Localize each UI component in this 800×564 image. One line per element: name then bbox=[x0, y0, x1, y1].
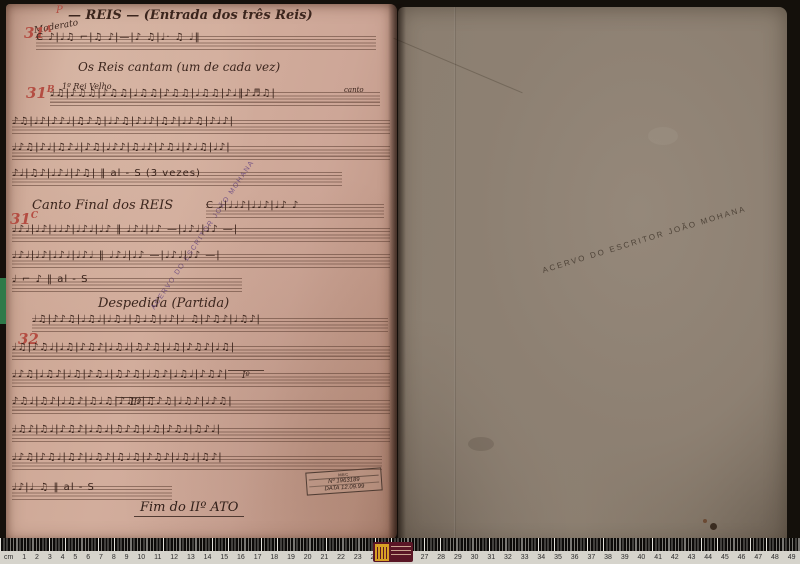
staff-system: ♩♪♩|♩♪|♩♩♪|♩♪♩|♩♪ ‖ ♩♪♩|♩♪ —|♩♪♩|♩♪ —| bbox=[12, 228, 390, 242]
ruler-number: 4 bbox=[61, 554, 65, 561]
ruler-number: 1 bbox=[22, 554, 26, 561]
ruler-number: 38 bbox=[604, 554, 612, 561]
ruler-number: 32 bbox=[504, 554, 512, 561]
staff-system: ♪♫|♩♪|♪♪♩|♫♪♫|♩♪♫|♪♩♪|♫♪|♩♪♫|♪♩♪| bbox=[12, 120, 390, 134]
ruler-number: 49 bbox=[788, 554, 796, 561]
ruler-number: 14 bbox=[204, 554, 212, 561]
music-notation: ♩♪|♩ ♫ ‖ al - S bbox=[12, 482, 172, 493]
ruler-number: 20 bbox=[304, 554, 312, 561]
section-mark: P bbox=[56, 5, 63, 16]
acervo-stamp-right: ACERVO DO ESCRITOR JOÃO MOHANA bbox=[541, 204, 747, 275]
ruler-number: 21 bbox=[320, 554, 328, 561]
staff-system: ♩♪♩|♩♪|♩♪♩|♩♪♩ ‖ ♩♪♩|♩♪ —|♩♪♩|♩♪ —| bbox=[12, 254, 390, 268]
fold-crease-vertical bbox=[454, 7, 456, 547]
staff-system: ♩ ⌐ ♪ ‖ al - S bbox=[12, 278, 242, 292]
book-spine-shadow bbox=[388, 4, 406, 544]
ruler-number: 46 bbox=[738, 554, 746, 561]
music-notation: ♪♩|♫♪|♩♪♩|♪♫| ‖ al - S (3 vezes) bbox=[12, 168, 342, 179]
staff-system: ♪♫♩|♫♪|♩♫♪|♫♩♫|♪♫♩|♫♪♫|♩♫♪|♩♪♫| bbox=[12, 400, 390, 414]
ruler-number: 33 bbox=[521, 554, 529, 561]
ruler-number: 11 bbox=[154, 554, 161, 561]
music-notation: ♩♪♫|♪♫♩|♫♪|♩♫♪|♫♩♫|♪♫♪|♩♫♩|♫♪| bbox=[12, 452, 382, 463]
music-notation: ♩♫|♪♪♫|♩♫♩|♩♫♩|♫♩♫|♩♪|♩ ♫|♪♫♪|♩♫♪| bbox=[32, 314, 388, 325]
manuscript-page: P — REIS — (Entrada dos três Reis) Moder… bbox=[6, 4, 397, 541]
ruler-number: 27 bbox=[421, 554, 429, 561]
staff-system: C ♩|♩♩♪|♩♩♪|♩♪ ♪ bbox=[206, 204, 384, 218]
ruler-number: 39 bbox=[621, 554, 629, 561]
music-notation: ♩♪♫|♩♫♪|♩♫|♪♫♩|♫♪♫|♩♫♪|♩♫♩|♪♫♪| bbox=[12, 369, 390, 380]
music-notation: C ♪|♩♫ ⌐|♫ ♪|—|♪ ♫|♩· ♫ ♩‖ bbox=[36, 32, 376, 43]
cardboard-back-cover: ACERVO DO ESCRITOR JOÃO MOHANA bbox=[398, 7, 787, 547]
staff-system: ♩♫|♪♫♩|♩♫|♪♫♪|♩♫♩|♫♪♫|♩♫|♪♫♪|♩♫| bbox=[12, 346, 390, 360]
scanned-document: P — REIS — (Entrada dos três Reis) Moder… bbox=[0, 0, 800, 564]
ruler-number: 2 bbox=[35, 554, 39, 561]
staff-system: ♩♪|♩ ♫ ‖ al - S bbox=[12, 486, 172, 500]
music-notation: ♩♫|♪♫♩|♩♫|♪♫♪|♩♫♩|♫♪♫|♩♫|♪♫♪|♩♫| bbox=[12, 342, 390, 353]
stain-spot bbox=[648, 127, 678, 145]
ruler-number: 7 bbox=[99, 554, 103, 561]
ruler-number: 23 bbox=[354, 554, 362, 561]
measurement-ruler: cm12345678910111213141516171819202122232… bbox=[0, 538, 800, 564]
music-notation: ♩ ⌐ ♪ ‖ al - S bbox=[12, 274, 242, 285]
ruler-number: 29 bbox=[454, 554, 462, 561]
staff-system: ♩♫|♪♫♫|♪♫♫|♩♫♫|♪♫♫|♩♫♫|♪♩‖♪♬♫| bbox=[50, 92, 380, 106]
ruler-number: 41 bbox=[654, 554, 662, 561]
staff-system: ♩♫♪|♫♩|♪♫♪|♩♫♩|♫♪♫|♩♫|♪♫♩|♫♪♩| bbox=[12, 428, 390, 442]
ruler-number: 45 bbox=[721, 554, 729, 561]
ruler-number: 44 bbox=[704, 554, 712, 561]
staff-system: ♪♩|♫♪|♩♪♩|♪♫| ‖ al - S (3 vezes) bbox=[12, 172, 342, 186]
music-notation: ♩♪♩|♩♪|♩♩♪|♩♪♩|♩♪ ‖ ♩♪♩|♩♪ —|♩♪♩|♩♪ —| bbox=[12, 224, 390, 235]
stain-spot bbox=[710, 523, 717, 530]
music-notation: C ♩|♩♩♪|♩♩♪|♩♪ ♪ bbox=[206, 200, 384, 211]
staff-system: ♩♫|♪♪♫|♩♫♩|♩♫♩|♫♩♫|♩♪|♩ ♫|♪♫♪|♩♫♪| bbox=[32, 318, 388, 332]
library-logo bbox=[373, 542, 413, 562]
music-notation: ♩♪♩|♩♪|♩♪♩|♩♪♩ ‖ ♩♪♩|♩♪ —|♩♪♩|♩♪ —| bbox=[12, 250, 390, 261]
heading-canto-final: Canto Final dos REIS bbox=[32, 198, 173, 213]
fold-crease-diagonal bbox=[393, 38, 522, 94]
stain-spot bbox=[703, 519, 707, 523]
ruler-number: 5 bbox=[73, 554, 77, 561]
music-notation: ♩♫|♪♫♫|♪♫♫|♩♫♫|♪♫♫|♩♫♫|♪♩‖♪♬♫| bbox=[50, 88, 380, 99]
library-logo-text bbox=[391, 546, 411, 558]
ruler-number: 15 bbox=[220, 554, 228, 561]
staff-system: ♩♪♫|♪♩|♫♪♩|♪♫|♩♪♪|♫♩♪|♪♫♩|♪♩♫|♩♪| bbox=[12, 146, 390, 160]
ruler-number: 47 bbox=[754, 554, 762, 561]
music-notation: ♩♪♫|♪♩|♫♪♩|♪♫|♩♪♪|♫♩♪|♪♫♩|♪♩♫|♩♪| bbox=[12, 142, 390, 153]
music-notation: ♪♫|♩♪|♪♪♩|♫♪♫|♩♪♫|♪♩♪|♫♪|♩♪♫|♪♩♪| bbox=[12, 116, 390, 127]
staff-system: ♩♪♫|♩♫♪|♩♫|♪♫♩|♫♪♫|♩♫♪|♩♫♩|♪♫♪| bbox=[12, 373, 390, 387]
fim-do-ato-line: Fim do IIº ATO bbox=[134, 500, 244, 517]
ruler-number: 34 bbox=[537, 554, 545, 561]
music-notation: ♩♫♪|♫♩|♪♫♪|♩♫♩|♫♪♫|♩♫|♪♫♩|♫♪♩| bbox=[12, 424, 390, 435]
ruler-number: 3 bbox=[48, 554, 52, 561]
music-notation: ♪♫♩|♫♪|♩♫♪|♫♩♫|♪♫♩|♫♪♫|♩♫♪|♩♪♫| bbox=[12, 396, 390, 407]
ruler-number: 35 bbox=[554, 554, 562, 561]
ruler-number: 37 bbox=[587, 554, 595, 561]
staff-system: C ♪|♩♫ ⌐|♫ ♪|—|♪ ♫|♩· ♫ ♩‖ bbox=[36, 36, 376, 50]
heading-reis-cantam: Os Reis cantam (um de cada vez) bbox=[78, 60, 280, 74]
ruler-number: 28 bbox=[437, 554, 445, 561]
ruler-number: 18 bbox=[270, 554, 278, 561]
ruler-number: 30 bbox=[471, 554, 479, 561]
ruler-number: 48 bbox=[771, 554, 779, 561]
ruler-number: 9 bbox=[125, 554, 129, 561]
ruler-number: 19 bbox=[287, 554, 295, 561]
accession-stamp: MEC Nº 1963189 DATA 12.09.99 bbox=[305, 467, 382, 495]
ruler-number: 10 bbox=[137, 554, 145, 561]
ruler-number: 31 bbox=[487, 554, 495, 561]
ruler-number: 43 bbox=[688, 554, 696, 561]
ruler-number: 13 bbox=[187, 554, 195, 561]
ruler-number: 6 bbox=[86, 554, 90, 561]
ruler-number: 8 bbox=[112, 554, 116, 561]
staff-system: ♩♪♫|♪♫♩|♫♪|♩♫♪|♫♩♫|♪♫♪|♩♫♩|♫♪| bbox=[12, 456, 382, 470]
ruler-number: 16 bbox=[237, 554, 245, 561]
ruler-number: 17 bbox=[254, 554, 262, 561]
ruler-number: 42 bbox=[671, 554, 679, 561]
stain-spot bbox=[468, 437, 494, 451]
ruler-number: 36 bbox=[571, 554, 579, 561]
ruler-number: 12 bbox=[170, 554, 178, 561]
ruler-number: 40 bbox=[638, 554, 646, 561]
ruler-number: cm bbox=[4, 554, 13, 561]
ruler-number: 22 bbox=[337, 554, 345, 561]
page-title: — REIS — (Entrada dos três Reis) bbox=[68, 8, 313, 23]
library-building-icon bbox=[375, 544, 389, 561]
